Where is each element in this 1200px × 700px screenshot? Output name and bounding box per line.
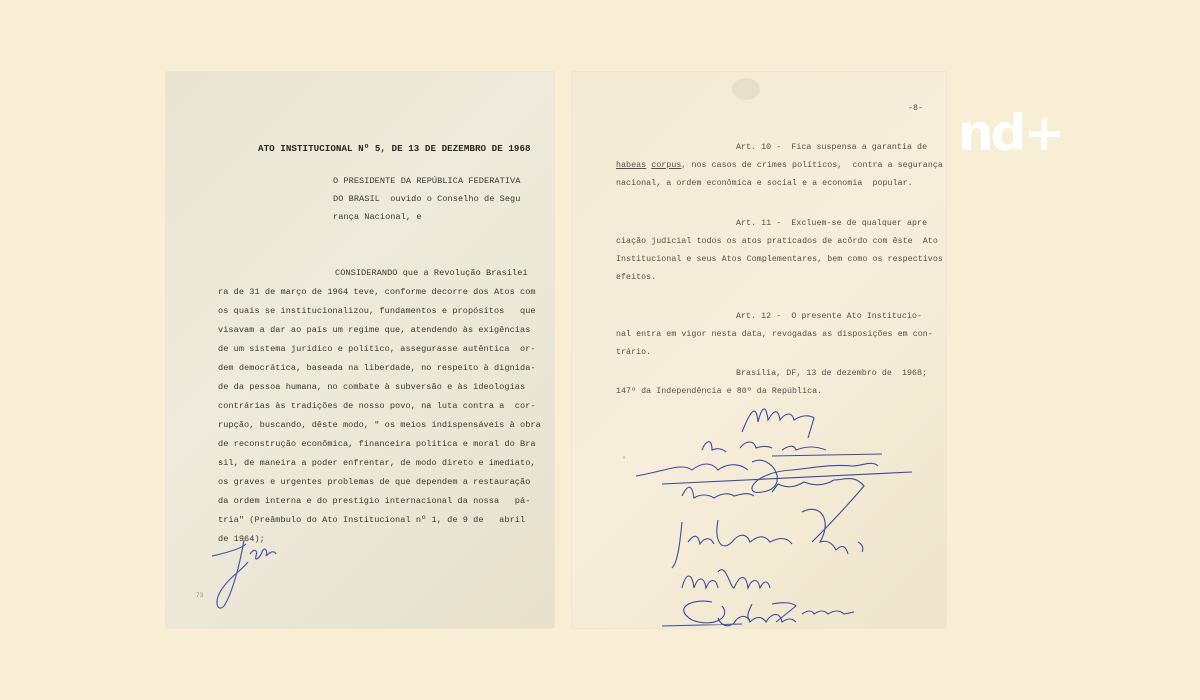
article-line: trário. [616, 348, 651, 358]
margin-mark: " [622, 456, 626, 463]
body-line: de um sistema jurídico e político, asseg… [218, 344, 536, 354]
intro-line: rança Nacional, e [333, 212, 422, 222]
body-line: da ordem interna e do prestígio internac… [218, 496, 530, 506]
body-line: sil, de maneira a poder enfrentar, de mo… [218, 458, 536, 468]
margin-mark: 73 [196, 592, 203, 599]
body-line: ra de 31 de março de 1964 teve, conforme… [218, 287, 536, 297]
article-line: habeas corpus, nos casos de crimes polít… [616, 161, 943, 171]
underlined-term: corpus [651, 161, 681, 170]
body-line: contrárias às tradições de nosso povo, n… [218, 401, 536, 411]
body-line: os quais se institucionalizou, fundament… [218, 306, 536, 316]
body-line: dem democrática, baseada na liberdade, n… [218, 363, 536, 373]
article-line: nacional, a ordem econômica e social e a… [616, 179, 913, 189]
body-line: rupção, buscando, dêste modo, " os meios… [218, 420, 541, 430]
body-line: de da pessoa humana, no combate à subver… [218, 382, 525, 392]
nd-plus-logo: nd+ [958, 108, 1062, 158]
body-line: os graves e urgentes problemas de que de… [218, 477, 530, 487]
document-page-right: -8- Art. 10 - Fica suspensa a garantia d… [572, 72, 946, 628]
body-line: visavam a dar ao país um regime que, ate… [218, 325, 530, 335]
document-title: ATO INSTITUCIONAL Nº 5, DE 13 DE DEZEMBR… [258, 144, 531, 154]
page-number: -8- [908, 104, 923, 114]
handwritten-initial-signature [210, 534, 280, 614]
article-line: Institucional e seus Atos Complementares… [616, 255, 943, 265]
article-line: nal entra em vigor nesta data, revogadas… [616, 330, 933, 340]
embossed-seal [732, 78, 760, 100]
signatures-block [622, 392, 942, 628]
article-line: efeitos. [616, 273, 656, 283]
article-line: ciação judicial todos os atos praticados… [616, 237, 938, 247]
document-page-left: ATO INSTITUCIONAL Nº 5, DE 13 DE DEZEMBR… [166, 72, 554, 628]
date-line: Brasília, DF, 13 de dezembro de 1968; [736, 369, 927, 379]
body-line: de reconstrução econômica, financeira po… [218, 439, 536, 449]
body-line: tria" (Preâmbulo do Ato Institucional nº… [218, 515, 525, 525]
article-line: Art. 11 - Excluem-se de qualquer apre [736, 219, 927, 229]
intro-line: DO BRASIL ouvido o Conselho de Segu [333, 194, 520, 204]
article-line: Art. 12 - O presente Ato Institucio- [736, 312, 922, 322]
underlined-term: habeas [616, 161, 646, 170]
article-line: Art. 10 - Fica suspensa a garantia de [736, 143, 927, 153]
body-line: CONSIDERANDO que a Revolução Brasilei [335, 268, 528, 278]
intro-line: O PRESIDENTE DA REPÚBLICA FEDERATIVA [333, 176, 520, 186]
